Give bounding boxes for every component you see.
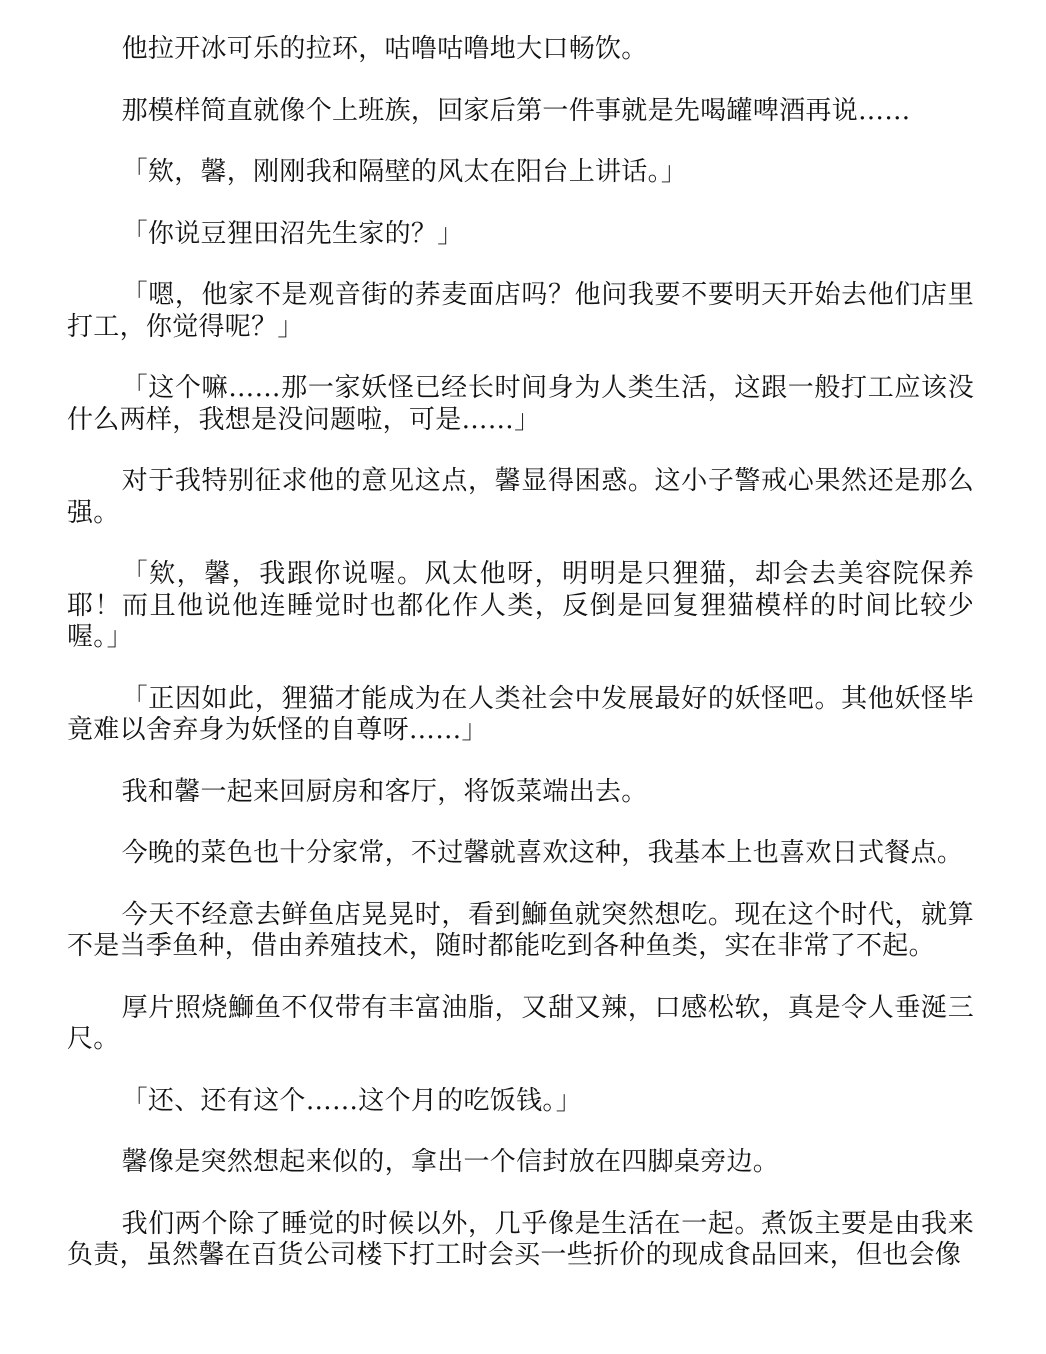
paragraph: 今天不经意去鲜鱼店晃晃时，看到鰤鱼就突然想吃。现在这个时代，就算不是当季鱼种，借… (67, 900, 974, 963)
paragraph: 馨像是突然想起来似的，拿出一个信封放在四脚桌旁边。 (67, 1147, 974, 1179)
paragraph: 「这个嘛……那一家妖怪已经长时间身为人类生活，这跟一般打工应该没什么两样，我想是… (67, 373, 974, 436)
paragraph: 他拉开冰可乐的拉环，咕噜咕噜地大口畅饮。 (67, 34, 974, 66)
paragraph: 「正因如此，狸猫才能成为在人类社会中发展最好的妖怪吧。其他妖怪毕竟难以舍弃身为妖… (67, 684, 974, 747)
document-page: 他拉开冰可乐的拉环，咕噜咕噜地大口畅饮。 那模样简直就像个上班族，回家后第一件事… (0, 0, 1046, 1272)
paragraph: 「欸，馨，刚刚我和隔壁的风太在阳台上讲话。」 (67, 157, 974, 189)
paragraph: 对于我特别征求他的意见这点，馨显得困惑。这小子警戒心果然还是那么强。 (67, 466, 974, 529)
paragraph: 「还、还有这个……这个月的吃饭钱。」 (67, 1086, 974, 1118)
paragraph: 我们两个除了睡觉的时候以外，几乎像是生活在一起。煮饭主要是由我来负责，虽然馨在百… (67, 1209, 974, 1272)
paragraph: 那模样简直就像个上班族，回家后第一件事就是先喝罐啤酒再说…… (67, 96, 974, 128)
paragraph: 「你说豆狸田沼先生家的？」 (67, 219, 974, 251)
paragraph: 「欸，馨，我跟你说喔。风太他呀，明明是只狸猫，却会去美容院保养耶！而且他说他连睡… (67, 559, 974, 654)
paragraph: 我和馨一起来回厨房和客厅，将饭菜端出去。 (67, 777, 974, 809)
paragraph: 今晚的菜色也十分家常，不过馨就喜欢这种，我基本上也喜欢日式餐点。 (67, 838, 974, 870)
paragraph: 厚片照烧鰤鱼不仅带有丰富油脂，又甜又辣，口感松软，真是令人垂涎三尺。 (67, 993, 974, 1056)
paragraph: 「嗯，他家不是观音街的荞麦面店吗？他问我要不要明天开始去他们店里打工，你觉得呢？… (67, 280, 974, 343)
